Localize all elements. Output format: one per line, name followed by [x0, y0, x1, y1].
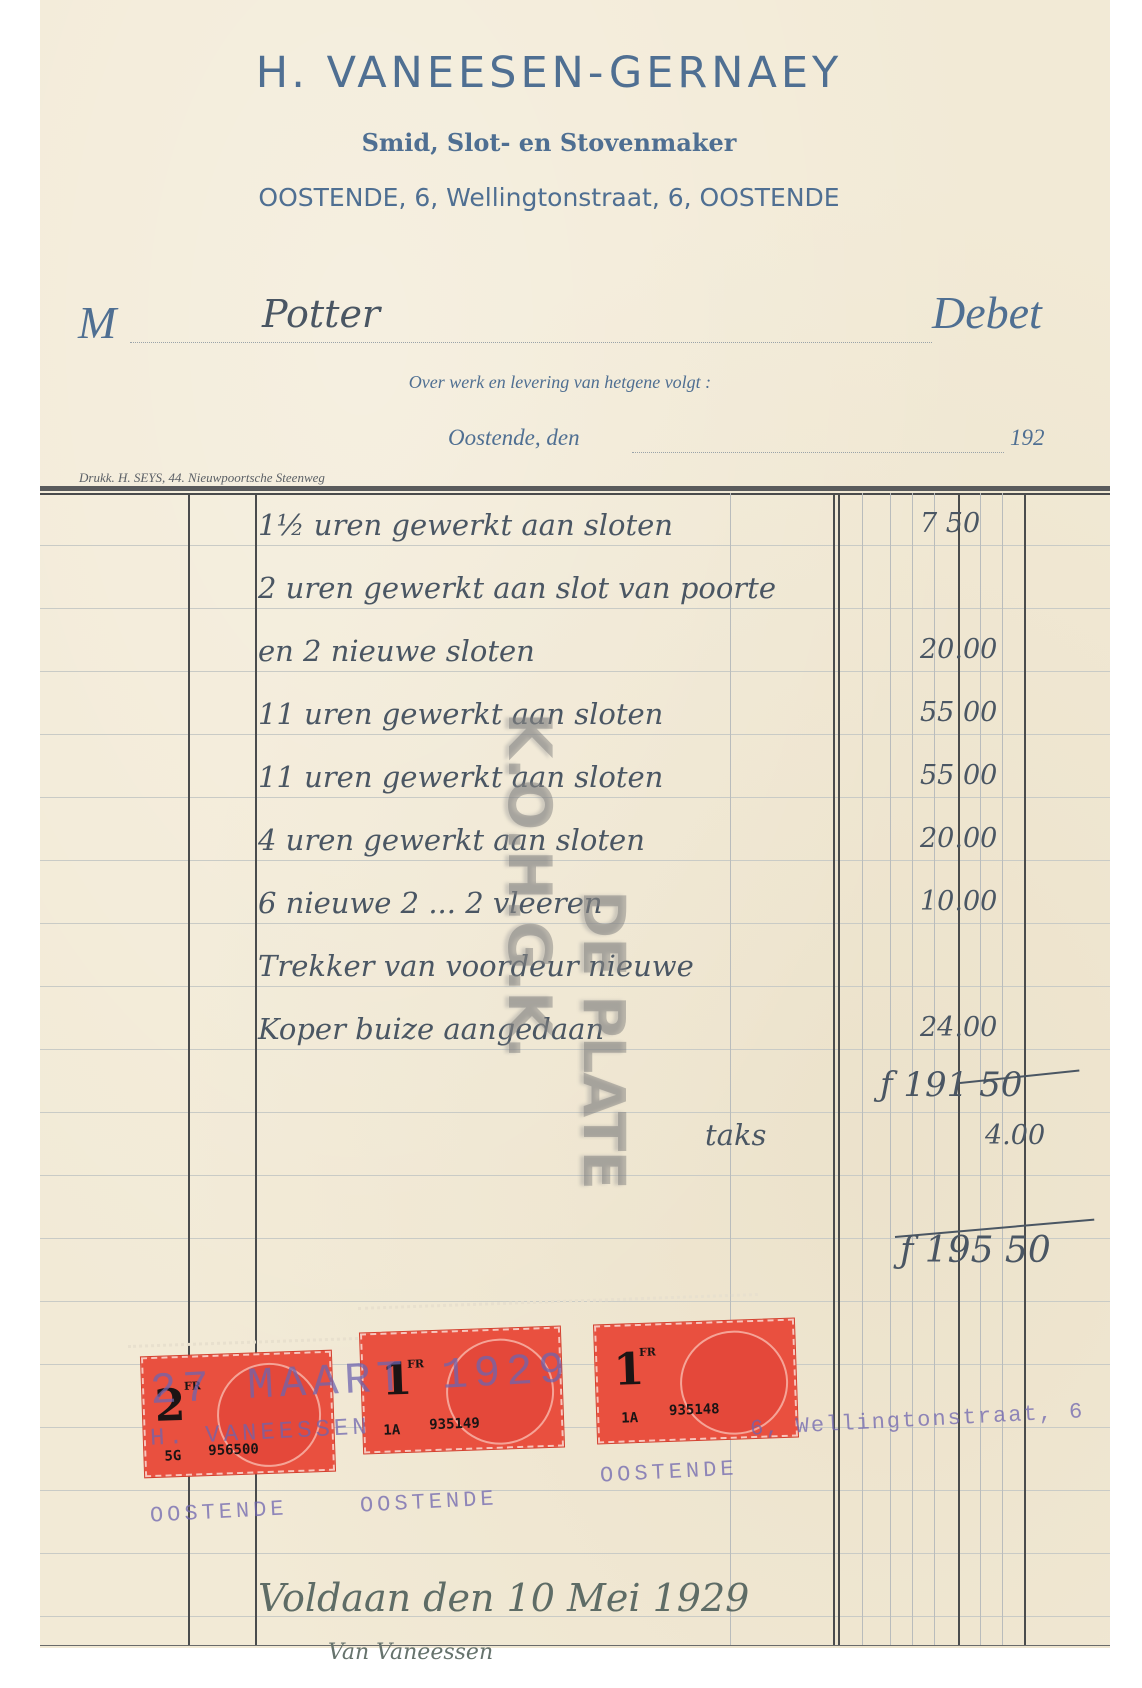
- line-item: 2 uren gewerkt aan slot van poorte: [240, 571, 1110, 621]
- line-item-amount: 10.00: [920, 886, 997, 917]
- line-item: 4 uren gewerkt aan sloten 20.00: [240, 823, 1110, 873]
- line-item: en 2 nieuwe sloten 20.00: [240, 634, 1110, 684]
- subtotal-amount: ƒ 191 50: [880, 1065, 1022, 1105]
- line-item-description: 11 uren gewerkt aan sloten: [258, 697, 663, 731]
- m-label: M: [78, 296, 116, 349]
- line-item-description: en 2 nieuwe sloten: [258, 634, 535, 668]
- stamp-serial: 935149: [429, 1415, 480, 1433]
- stamp-serial: 935148: [669, 1401, 720, 1419]
- intro-text: Over werk en levering van hetgene volgt …: [310, 372, 810, 393]
- line-item-amount: 55 00: [920, 760, 997, 791]
- line-item-amount: 55 00: [920, 697, 997, 728]
- debet-label: Debet: [932, 286, 1042, 339]
- company-name: H. VANEESEN-GERNAEY: [74, 48, 1024, 98]
- line-item-description: 4 uren gewerkt aan sloten: [258, 823, 645, 857]
- customer-name: Potter: [262, 292, 380, 336]
- ledger-row-line: [40, 1490, 1110, 1491]
- line-item-description: 11 uren gewerkt aan sloten: [258, 760, 663, 794]
- paid-signature: Voldaan den 10 Mei 1929: [258, 1576, 749, 1620]
- line-item-description: 1½ uren gewerkt aan sloten: [258, 508, 673, 542]
- line-item-amount: 7 50: [920, 508, 980, 539]
- stamp-unit: FR: [639, 1345, 656, 1359]
- tax-amount: 4.00: [985, 1120, 1045, 1151]
- line-item: Trekker van voordeur nieuwe: [240, 949, 1110, 999]
- watermark-kohgk: K.O.H.G.K.: [504, 712, 564, 1058]
- grand-total-amount: ƒ 195 50: [900, 1230, 1051, 1271]
- line-item-description: 2 uren gewerkt aan slot van poorte: [258, 571, 776, 605]
- customer-dotted-line: [130, 342, 932, 343]
- line-item-amount: 24.00: [920, 1012, 997, 1043]
- stamp-serial-prefix: 1A: [621, 1410, 638, 1427]
- stamp-serial-prefix: 1A: [383, 1422, 400, 1439]
- company-trade: Smid, Slot- en Stovenmaker: [74, 128, 1024, 157]
- line-item-amount: 20.00: [920, 634, 997, 665]
- place-label: Oostende, den: [448, 425, 580, 451]
- company-address: OOSTENDE, 6, Wellingtonstraat, 6, OOSTEN…: [74, 183, 1024, 212]
- ledger-top-rule-thin: [40, 493, 1110, 495]
- signed-by: Van Vaneessen: [328, 1640, 493, 1665]
- watermark-deplate: DE PLATE: [578, 890, 638, 1189]
- line-item: Koper buize aangedaan 24.00: [240, 1012, 1110, 1062]
- tax-label: taks: [705, 1118, 766, 1152]
- line-item: 1½ uren gewerkt aan sloten 7 50: [240, 508, 1110, 558]
- ledger-bottom-rule: [40, 1645, 1110, 1646]
- ledger-row-line: [40, 1553, 1110, 1554]
- ledger-top-rule: [40, 486, 1110, 491]
- line-item-amount: 20.00: [920, 823, 997, 854]
- year-prefix: 192: [1010, 425, 1045, 451]
- date-dotted-line: [632, 452, 1004, 453]
- printer-credit: Drukk. H. SEYS, 44. Nieuwpoortsche Steen…: [79, 470, 325, 486]
- line-item: 11 uren gewerkt aan sloten 55 00: [240, 760, 1110, 810]
- line-item: 6 nieuwe 2 ... 2 vleeren 10.00: [240, 886, 1110, 936]
- line-item: 11 uren gewerkt aan sloten 55 00: [240, 697, 1110, 747]
